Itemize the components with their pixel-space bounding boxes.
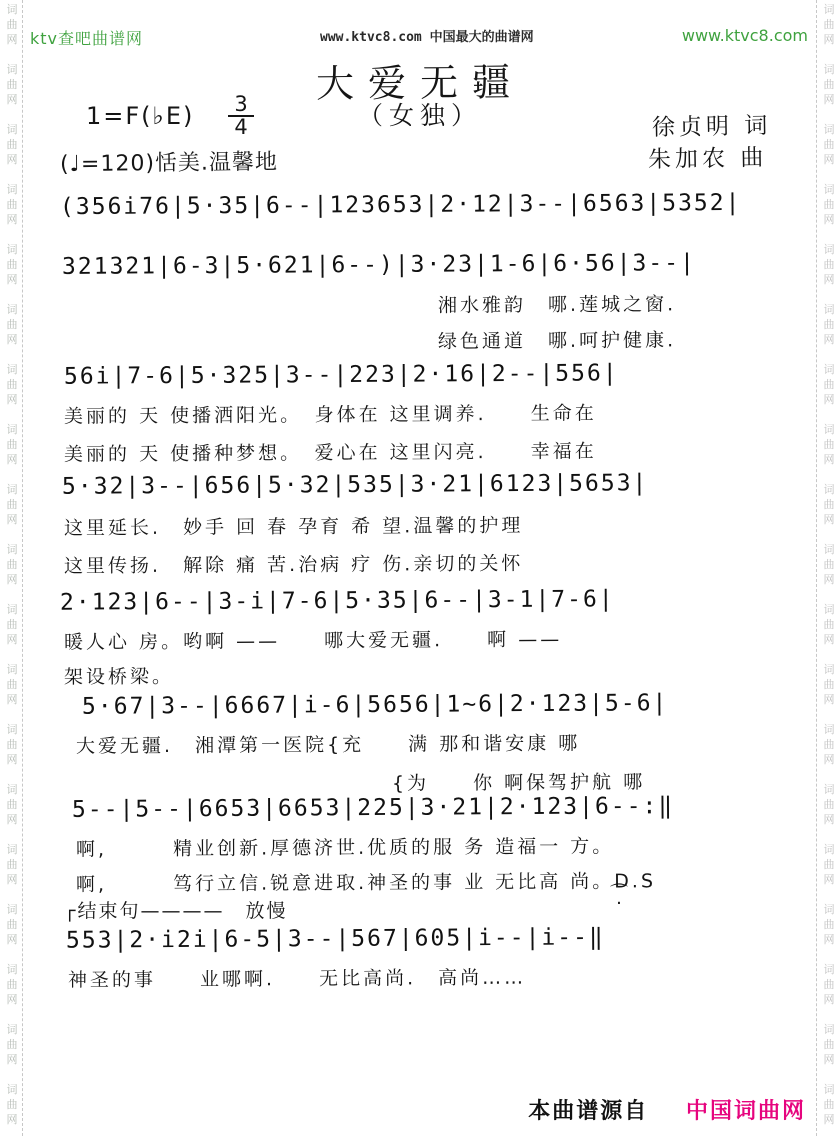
fermata-icon: ⌒ · <box>604 889 634 909</box>
lyric-line: 神圣的事 业哪啊. 无比高尚. 高尚…… <box>68 963 526 993</box>
composer-credit: 朱加农 曲 <box>648 139 768 174</box>
left-dashed-border <box>22 0 23 1136</box>
notation-line: 2·123|6--|3-i|7-6|5·35|6--|3-1|7-6| <box>60 586 615 615</box>
sheet-music-page: 词 曲 网 词 曲 网 词 曲 网 词 曲 网 词 曲 网 词 曲 网 词 曲 … <box>0 0 840 1136</box>
site-link-right[interactable]: www.ktvc8.com <box>682 26 808 45</box>
lyric-line: 暖人心 房。哟啊 —— 哪大爱无疆. 啊 —— <box>64 624 562 654</box>
site-link-left[interactable]: ktv查吧曲谱网 <box>30 26 143 49</box>
lyric-line: 啊, 笃行立信.锐意进取.神圣的事 业 无比高 尚。D.S <box>76 866 656 897</box>
notation-line: 56i|7-6|5·325|3--|223|2·16|2--|556| <box>64 360 619 389</box>
lyric-line: 湘水雅韵 哪.莲城之窗. <box>438 289 676 317</box>
lyricist-credit: 徐贞明 词 <box>652 107 772 142</box>
lyric-line: 绿色通道 哪.呵护健康. <box>438 325 676 353</box>
site-banner-center: www.ktvc8.com 中国最大的曲谱网 <box>320 26 534 45</box>
notation-line: 5·67|3--|6667|i-6|5656|1~6|2·123|5-6| <box>82 690 669 720</box>
source-label: 本曲谱源自 <box>528 1099 648 1124</box>
watermark-right-column: 词 曲 网 词 曲 网 词 曲 网 词 曲 网 词 曲 网 词 曲 网 词 曲 … <box>821 2 837 1127</box>
lyric-line: 这里延长. 妙手 回 春 孕育 希 望.温馨的护理 <box>64 511 523 541</box>
ending-section-marker: ┌结束句———— 放慢 <box>64 896 287 923</box>
notation-line: (356i76|5·35|6--|123653|2·12|3--|6563|53… <box>60 190 742 220</box>
lyric-line: 架设桥梁。 <box>64 662 174 690</box>
lyric-line: {为 你 啊保驾护航 哪 <box>392 767 645 796</box>
notation-line: 5--|5--|6653|6653|225|3·21|2·123|6--:‖ <box>72 793 674 823</box>
notation-line: 553|2·i2i|6-5|3--|567|605|i--|i--‖ <box>66 924 605 953</box>
lyric-line: 大爱无疆. 湘潭第一医院{充 满 那和谐安康 哪 <box>76 728 580 758</box>
time-signature-denominator: 4 <box>228 117 254 138</box>
source-attribution: 本曲谱源自 中国词曲网 <box>528 1094 806 1125</box>
time-signature-numerator: 3 <box>228 94 254 117</box>
watermark-left-column: 词 曲 网 词 曲 网 词 曲 网 词 曲 网 词 曲 网 词 曲 网 词 曲 … <box>4 2 20 1127</box>
lyric-line: 啊, 精业创新.厚德济世.优质的服 务 造福一 方。 <box>76 831 614 861</box>
fermata-dot: · <box>604 899 634 909</box>
source-brand-link[interactable]: 中国词曲网 <box>686 1099 806 1124</box>
notation-line: 321321|6-3|5·621|6--)|3·23|1-6|6·56|3--| <box>62 250 696 280</box>
lyric-line: 这里传扬. 解除 痛 苦.治病 疗 伤.亲切的关怀 <box>64 549 523 579</box>
key-signature: 1=F(♭E) <box>86 102 194 130</box>
time-signature: 3 4 <box>228 94 254 138</box>
notation-line: 5·32|3--|656|5·32|535|3·21|6123|5653| <box>62 470 649 500</box>
right-dashed-border <box>816 0 817 1136</box>
lyric-line: 美丽的 天 使播洒阳光。 身体在 这里调养. 生命在 <box>64 398 597 428</box>
tempo-marking: (♩=120)恬美.温馨地 <box>60 145 278 178</box>
lyric-line: 美丽的 天 使播种梦想。 爱心在 这里闪亮. 幸福在 <box>64 436 597 466</box>
